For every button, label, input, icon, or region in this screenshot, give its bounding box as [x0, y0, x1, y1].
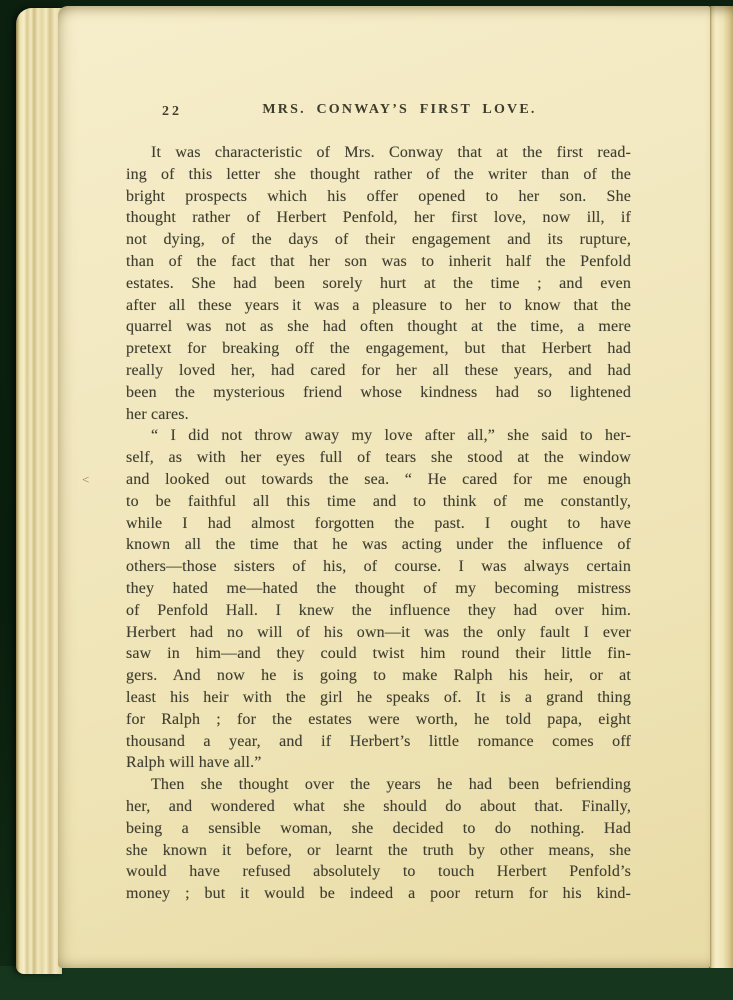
text-line: Ralph will have all.”	[126, 752, 631, 774]
text-line: It was characteristic of Mrs. Conway tha…	[126, 142, 631, 164]
running-header: MRS. CONWAY’S FIRST LOVE.	[126, 102, 631, 118]
text-line: being a sensible woman, she decided to d…	[126, 818, 631, 840]
text-line: money ; but it would be indeed a poor re…	[126, 883, 631, 905]
text-line: thought rather of Herbert Penfold, her f…	[126, 207, 631, 229]
text-line: for Ralph ; for the estates were worth, …	[126, 709, 631, 731]
text-line: not dying, of the days of their engageme…	[126, 229, 631, 251]
text-line: been the mysterious friend whose kindnes…	[126, 382, 631, 404]
text-line: known all the time that he was acting un…	[126, 534, 631, 556]
page-stack-edges	[16, 8, 62, 974]
text-line: least his heir with the girl he speaks o…	[126, 687, 631, 709]
text-line: gers. And now he is going to make Ralph …	[126, 665, 631, 687]
text-line: they hated me—hated the thought of my be…	[126, 578, 631, 600]
text-line: than of the fact that her son was to inh…	[126, 251, 631, 273]
text-line: would have refused absolutely to touch H…	[126, 861, 631, 883]
text-line: others—those sisters of his, of course. …	[126, 556, 631, 578]
text-line: bright prospects which his offer opened …	[126, 186, 631, 208]
text-line: while I had almost forgotten the past. I…	[126, 513, 631, 535]
text-line: ing of this letter she thought rather of…	[126, 164, 631, 186]
text-line: to be faithful all this time and to thin…	[126, 491, 631, 513]
text-line: “ I did not throw away my love after all…	[126, 425, 631, 447]
text-line: her cares.	[126, 404, 631, 426]
text-line: after all these years it was a pleasure …	[126, 295, 631, 317]
text-line: she known it before, or learnt the truth…	[126, 840, 631, 862]
page-header-row: 22 MRS. CONWAY’S FIRST LOVE.	[126, 102, 631, 124]
text-line: thousand a year, and if Herbert’s little…	[126, 731, 631, 753]
scanned-book-photo: 22 MRS. CONWAY’S FIRST LOVE. It was char…	[0, 0, 733, 1000]
text-line: her, and wondered what she should do abo…	[126, 796, 631, 818]
text-line: Herbert had no will of his own—it was th…	[126, 622, 631, 644]
stray-mark: <	[82, 473, 89, 487]
page-edge-right	[710, 6, 733, 968]
text-line: of Penfold Hall. I knew the influence th…	[126, 600, 631, 622]
book-cover-bottom	[0, 966, 733, 1000]
text-line: Then she thought over the years he had b…	[126, 774, 631, 796]
text-line: estates. She had been sorely hurt at the…	[126, 273, 631, 295]
page-number: 22	[162, 104, 182, 120]
text-line: self, as with her eyes full of tears she…	[126, 447, 631, 469]
text-line: pretext for breaking off the engagement,…	[126, 338, 631, 360]
text-line: really loved her, had cared for her all …	[126, 360, 631, 382]
page-text: It was characteristic of Mrs. Conway tha…	[126, 142, 631, 905]
text-line: quarrel was not as she had often thought…	[126, 316, 631, 338]
book-page: 22 MRS. CONWAY’S FIRST LOVE. It was char…	[58, 6, 710, 968]
text-line: saw in him—and they could twist him roun…	[126, 643, 631, 665]
text-line: and looked out towards the sea. “ He car…	[126, 469, 631, 491]
